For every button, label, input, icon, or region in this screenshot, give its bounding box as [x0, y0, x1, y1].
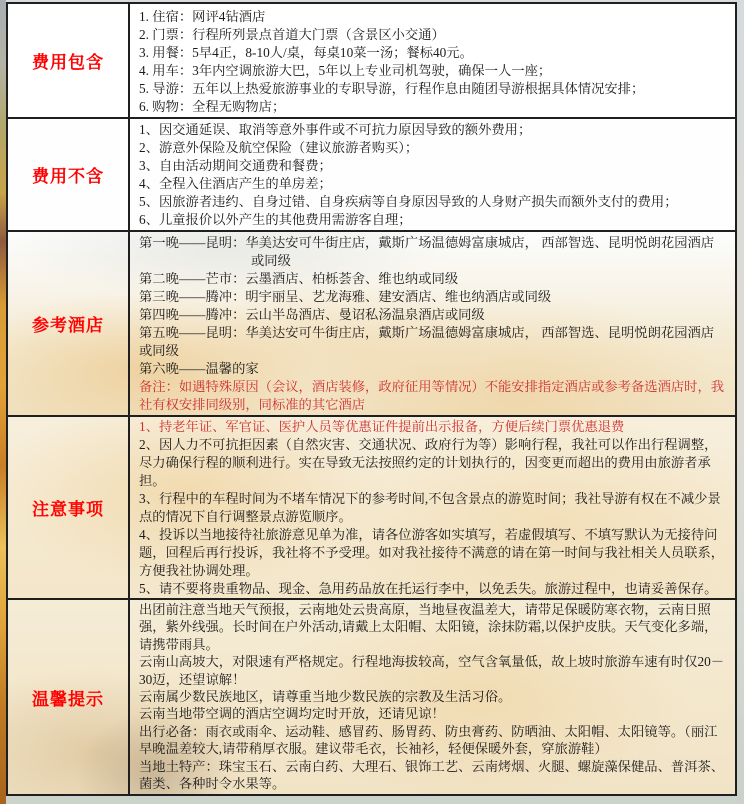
text-line: 5、请不要将贵重物品、现金、急用药品放在托运行李中，以免丢失。旅游过程中，也请妥… — [139, 580, 727, 598]
text-line: 云南山高坡大，对限速有严格规定。行程地海拔较高，空气含氧量低，故上坡时旅游车速有… — [139, 653, 727, 688]
table-row-reference-hotels: 参考酒店第一晚——昆明：华美达安可牛街庄店，戴斯广场温德姆富康城店， 西部智选、… — [8, 232, 735, 417]
text-line: 出行必备：雨衣或雨伞、运动鞋、感冒药、肠胃药、防虫膏药、防晒油、太阳帽、太阳镜等… — [139, 723, 727, 758]
text-line: 第四晚——腾冲：云山半岛酒店、曼诏私汤温泉酒店或同级 — [139, 306, 727, 324]
text-line: 1. 住宿：网评4钻酒店 — [139, 8, 727, 26]
text-line: 3. 用餐：5早4正，8-10人/桌，每桌10菜一汤；餐标40元。 — [139, 44, 727, 62]
itinerary-page: 费用包含1. 住宿：网评4钻酒店2. 门票：行程所列景点首道大门票（含景区小交通… — [0, 0, 744, 804]
text-line: 出团前注意当地天气预报，云南地处云贵高原，当地昼夜温差大，请带足保暖防寒衣物，云… — [139, 601, 727, 653]
right-photo-border — [737, 0, 744, 804]
table-row-notes: 注意事项1、持老年证、军官证、医护人员等优惠证件提前出示报备，方便后续门票优惠退… — [8, 417, 735, 600]
section-label-reference-hotels: 参考酒店 — [8, 232, 130, 415]
text-line: 4、投诉以当地接待社旅游意见单为准，请各位游客如实填写，若虚假填写、不填写默认为… — [139, 526, 727, 580]
text-line: 6. 购物：全程无购物店； — [139, 98, 727, 116]
text-line: 2、游意外保险及航空保险（建议旅游者购买）； — [139, 139, 727, 157]
section-label-tips: 温馨提示 — [8, 600, 130, 794]
section-content-fees-excluded: 1、因交通延误、取消等意外事件或不可抗力原因导致的额外费用；2、游意外保险及航空… — [130, 119, 735, 230]
text-line: 备注：如遇特殊原因（会议，酒店装修，政府征用等情况）不能安排指定酒店或参考备选酒… — [139, 378, 727, 414]
itinerary-table: 费用包含1. 住宿：网评4钻酒店2. 门票：行程所列景点首道大门票（含景区小交通… — [6, 2, 737, 796]
text-line: 第一晚——昆明：华美达安可牛街庄店，戴斯广场温德姆富康城店， 西部智选、昆明悦朗… — [139, 234, 727, 270]
text-line: 1、持老年证、军官证、医护人员等优惠证件提前出示报备，方便后续门票优惠退费 — [139, 418, 727, 436]
text-line: 2. 门票：行程所列景点首道大门票（含景区小交通） — [139, 26, 727, 44]
section-content-reference-hotels: 第一晚——昆明：华美达安可牛街庄店，戴斯广场温德姆富康城店， 西部智选、昆明悦朗… — [130, 232, 735, 415]
table-row-tips: 温馨提示出团前注意当地天气预报，云南地处云贵高原，当地昼夜温差大，请带足保暖防寒… — [8, 600, 735, 794]
table-row-fees-excluded: 费用不含1、因交通延误、取消等意外事件或不可抗力原因导致的额外费用；2、游意外保… — [8, 119, 735, 232]
section-label-fees-excluded: 费用不含 — [8, 119, 130, 230]
text-line: 4. 用车：3年内空调旅游大巴，5年以上专业司机驾驶，确保一人一座； — [139, 62, 727, 80]
section-label-notes: 注意事项 — [8, 417, 130, 598]
text-line: 第二晚——芒市：云墨酒店、柏栎荟舍、维也纳或同级 — [139, 270, 727, 288]
text-line: 云南属少数民族地区，请尊重当地少数民族的宗教及生活习俗。 — [139, 688, 727, 705]
text-line: 3、自由活动期间交通费和餐费； — [139, 157, 727, 175]
text-line: 2、因人力不可抗拒因素（自然灾害、交通状况、政府行为等）影响行程，我社可以作出行… — [139, 436, 727, 490]
text-line: 第三晚——腾冲：明宇丽呈、艺龙海雅、建安酒店、维也纳酒店或同级 — [139, 288, 727, 306]
section-content-tips: 出团前注意当地天气预报，云南地处云贵高原，当地昼夜温差大，请带足保暖防寒衣物，云… — [130, 600, 735, 794]
text-line: 当地土特产：珠宝玉石、云南白药、大理石、银饰工艺、云南烤烟、火腿、螺旋藻保健品、… — [139, 758, 727, 793]
text-line: 第五晚——昆明：华美达安可牛街庄店，戴斯广场温德姆富康城店， 西部智选、昆明悦朗… — [139, 324, 727, 360]
text-line: 5、因旅游者违约、自身过错、自身疾病等自身原因导致的人身财产损失而额外支付的费用… — [139, 193, 727, 211]
section-content-notes: 1、持老年证、军官证、医护人员等优惠证件提前出示报备，方便后续门票优惠退费2、因… — [130, 417, 735, 598]
section-label-fees-included: 费用包含 — [8, 4, 130, 117]
text-line: 6、儿童报价以外产生的其他费用需游客自理； — [139, 211, 727, 229]
text-line: 云南当地带空调的酒店空调均定时开放，还请见谅！ — [139, 705, 727, 722]
text-line: 第六晚——温馨的家 — [139, 360, 727, 378]
section-content-fees-included: 1. 住宿：网评4钻酒店2. 门票：行程所列景点首道大门票（含景区小交通）3. … — [130, 4, 735, 117]
text-line: 4、全程入住酒店产生的单房差； — [139, 175, 727, 193]
text-line: 1、因交通延误、取消等意外事件或不可抗力原因导致的额外费用； — [139, 121, 727, 139]
text-line: 3、行程中的车程时间为不堵车情况下的参考时间,不包含景点的游览时间；我社导游有权… — [139, 490, 727, 526]
table-row-fees-included: 费用包含1. 住宿：网评4钻酒店2. 门票：行程所列景点首道大门票（含景区小交通… — [8, 4, 735, 119]
text-line: 5. 导游：五年以上热爱旅游事业的专职导游，行程作息由随团导游根据具体情况安排； — [139, 80, 727, 98]
